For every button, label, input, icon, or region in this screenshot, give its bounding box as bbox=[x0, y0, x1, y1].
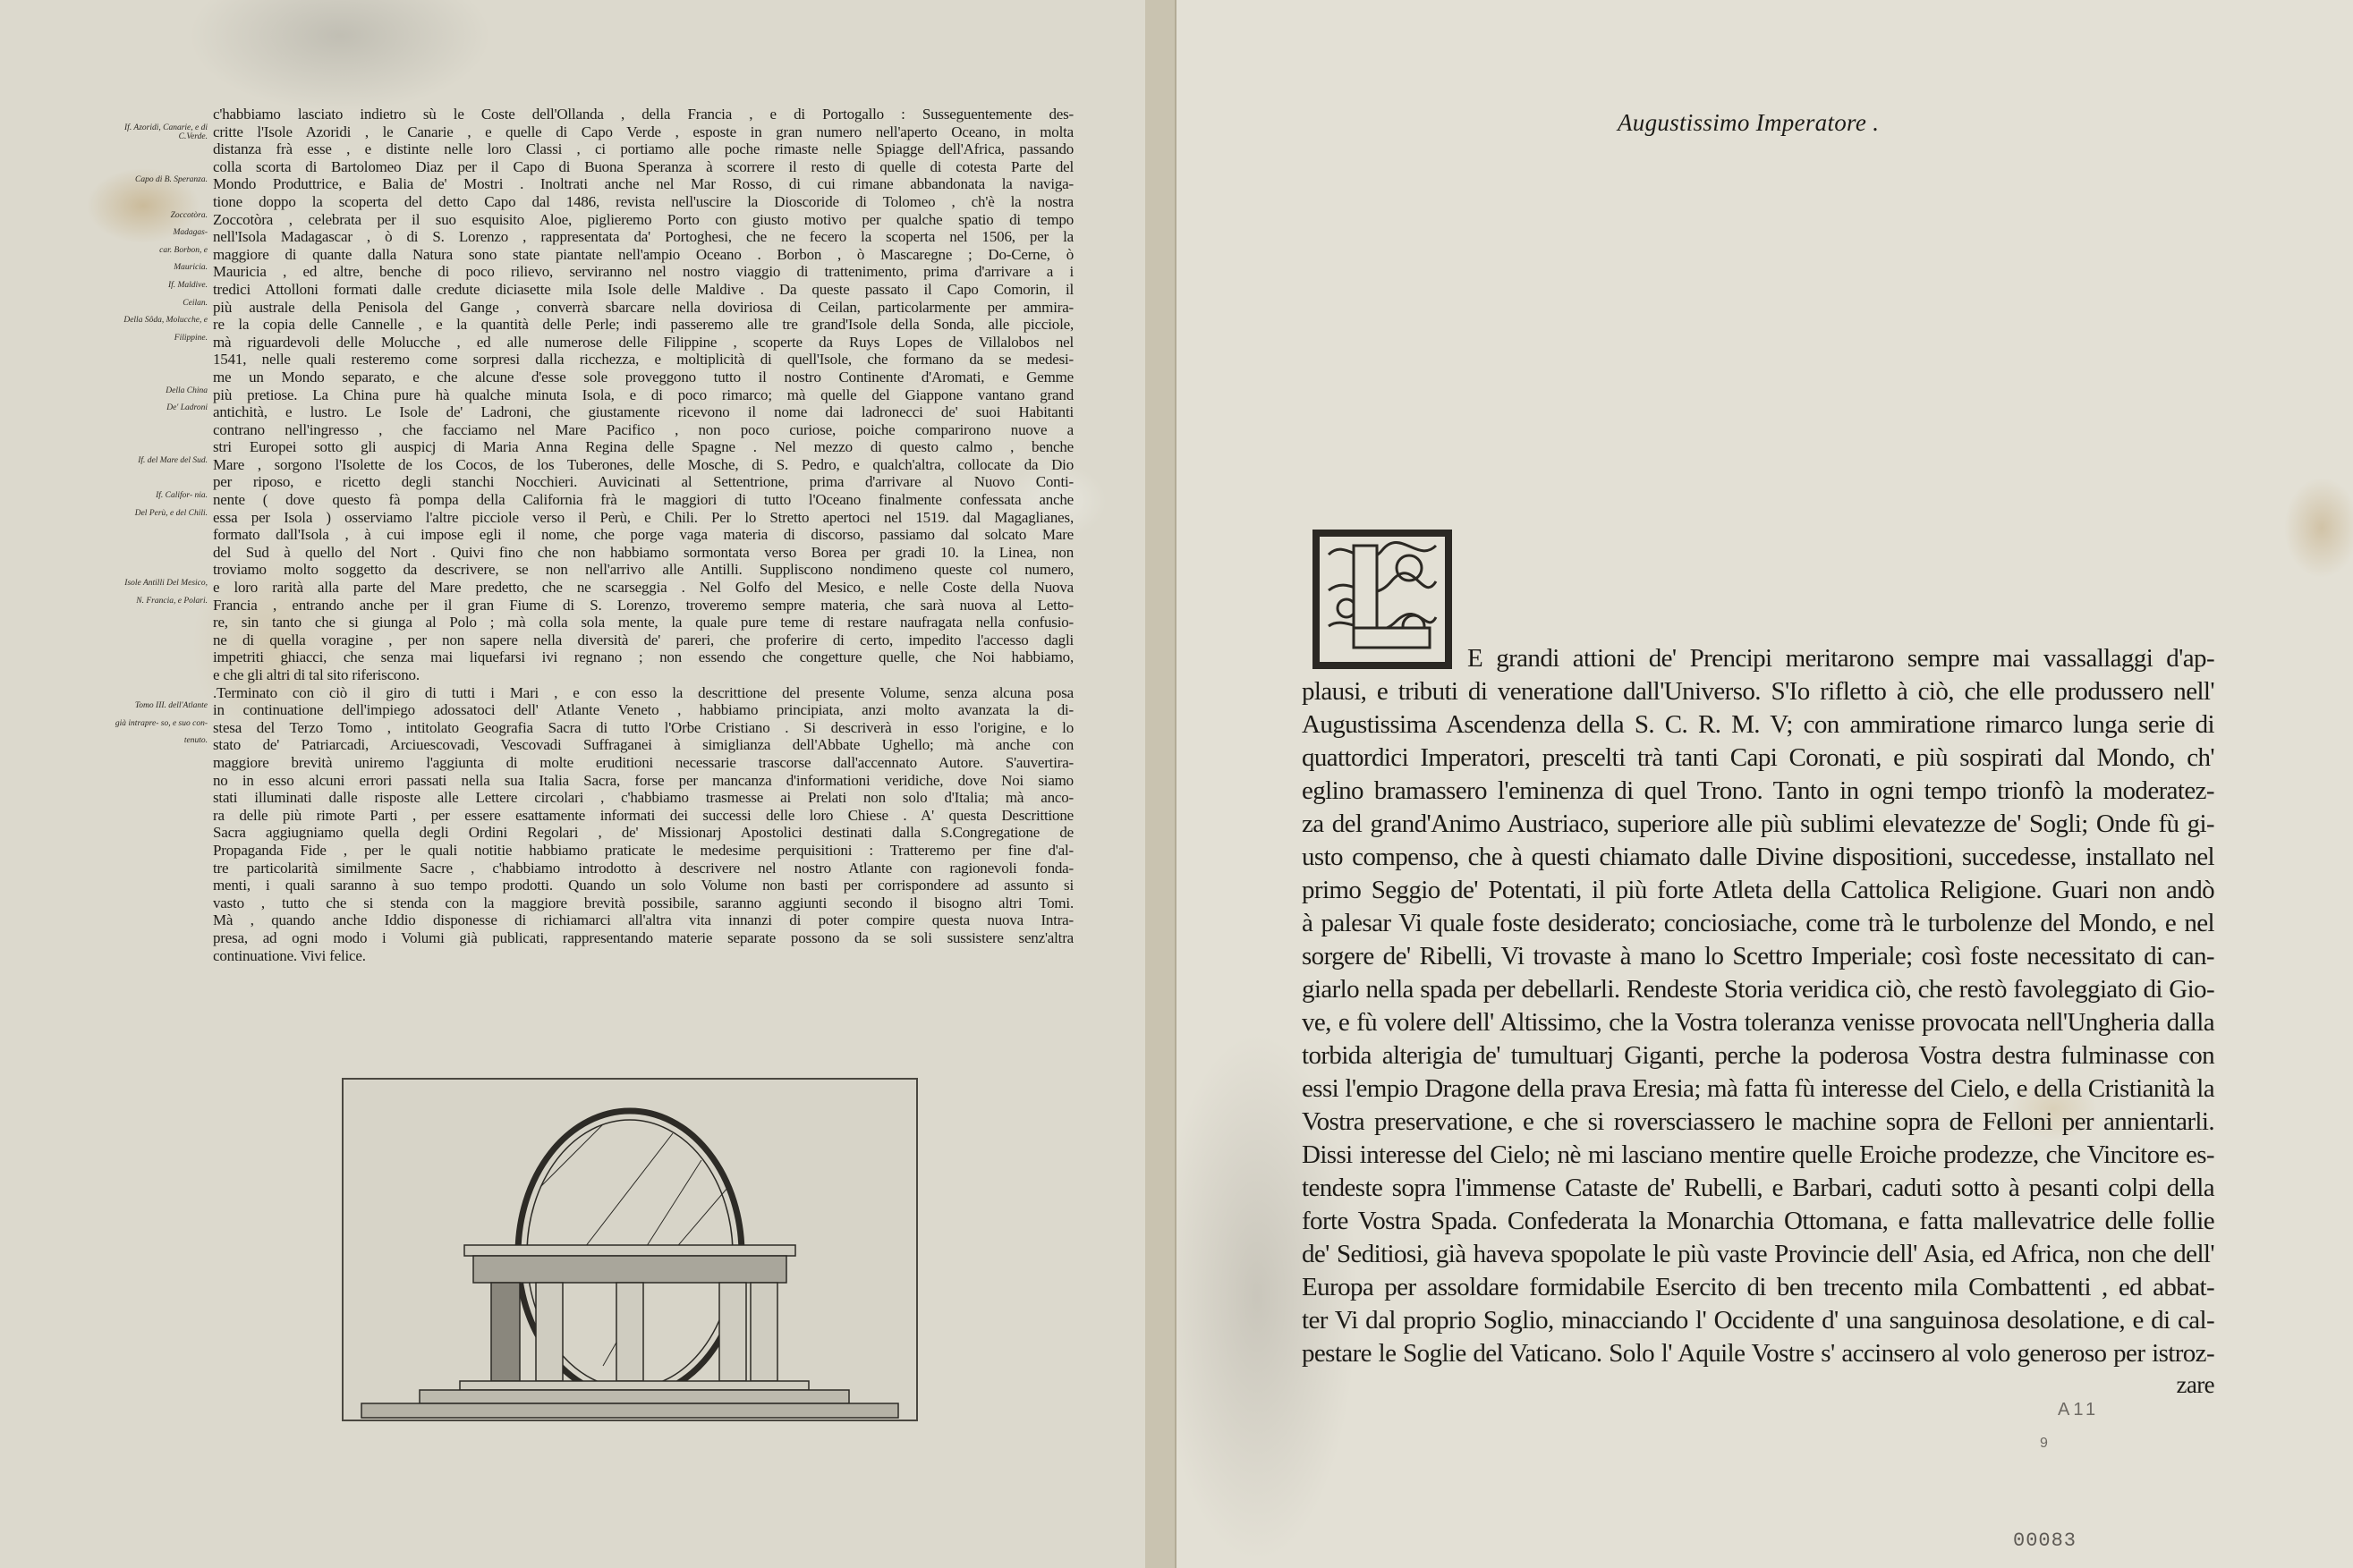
body-text-line: tione doppo la scoperta del detto Capo d… bbox=[213, 193, 1074, 211]
text-line: If. Maldive.tredici Attolloni formati da… bbox=[107, 281, 1074, 299]
text-line: continuatione. Vivi felice. bbox=[107, 947, 1074, 965]
text-line: re, sin tanto che si giunga al Polo ; mà… bbox=[107, 614, 1074, 631]
marginal-note: Zoccotòra. bbox=[107, 211, 208, 221]
body-text-line: quattordici Imperatori, prescelti trà ta… bbox=[1302, 742, 2214, 775]
marginal-note: Capo di B. Speranza. bbox=[107, 175, 208, 185]
text-line: colla scorta di Bartolomeo Diaz per il C… bbox=[107, 158, 1074, 176]
text-line: no in esso alcuni errori passati nella s… bbox=[107, 772, 1074, 790]
body-text-line: tre particolarità similmente Sacre , c'h… bbox=[213, 860, 1074, 877]
body-text-line: stri Europei sotto gli auspicj di Maria … bbox=[213, 438, 1074, 456]
text-line: Della Chinapiù pretiose. La China pure h… bbox=[107, 386, 1074, 404]
body-text-line: Dissi interesse del Cielo; nè mi lascian… bbox=[1302, 1139, 2214, 1172]
text-line: De' Ladroniantichità, e lustro. Le Isole… bbox=[107, 403, 1074, 421]
marginal-note: Isole Antilli Del Mesico, bbox=[107, 579, 208, 589]
body-text-line: Mare , sorgono l'Isolette de los Cocos, … bbox=[213, 456, 1074, 474]
text-line: If. del Mare del Sud.Mare , sorgono l'Is… bbox=[107, 456, 1074, 474]
marginal-note: Mauricia. bbox=[107, 263, 208, 273]
pencil-shelfmark: A11 bbox=[2058, 1400, 2099, 1420]
text-line: car. Borbon, emaggiore di quante dalla N… bbox=[107, 246, 1074, 264]
body-text-line: pestare le Soglie del Vaticano. Solo l' … bbox=[1302, 1337, 2214, 1370]
body-text-line: primo Seggio de' Potentati, il più forte… bbox=[1302, 874, 2214, 907]
body-text-line: distanza frà esse , e distinte nelle lor… bbox=[213, 140, 1074, 158]
body-text-line: del Sud à quello del Nort . Quivi fino c… bbox=[213, 544, 1074, 562]
body-text-line: critte l'Isole Azoridi , le Canarie , e … bbox=[213, 123, 1074, 141]
text-line: c'habbiamo lasciato indietro sù le Coste… bbox=[107, 106, 1074, 123]
text-line: ne di quella voragine , per non sapere n… bbox=[107, 631, 1074, 649]
text-line: formato dall'Isola , à cui impose egli i… bbox=[107, 526, 1074, 544]
text-line: Madagas-nell'Isola Madagascar , ò di S. … bbox=[107, 228, 1074, 246]
body-text-line: à palesar Vi quale foste desiderato; con… bbox=[1302, 907, 2214, 940]
text-line: Capo di B. Speranza.Mondo Produttrice, e… bbox=[107, 175, 1074, 193]
body-text-line: menti, i quali saranno à suo tempo prodo… bbox=[213, 877, 1074, 894]
body-text-line: e loro rarità alla parte del Mare predet… bbox=[213, 579, 1074, 597]
body-text-line: Mondo Produttrice, e Balia de' Mostri . … bbox=[213, 175, 1074, 193]
body-text-line: Vostra preservatione, e che si roverscia… bbox=[1302, 1106, 2214, 1139]
text-line: Sacra aggiugniamo quella degli Ordini Re… bbox=[107, 824, 1074, 842]
book-gutter bbox=[1145, 0, 1176, 1568]
text-line: If. Califor- nia.nente ( dove questo fà … bbox=[107, 491, 1074, 509]
body-text-line: più australe della Penisola del Gange , … bbox=[213, 299, 1074, 317]
body-text-line: stesa del Terzo Tomo , intitolato Geogra… bbox=[213, 719, 1074, 737]
text-line: distanza frà esse , e distinte nelle lor… bbox=[107, 140, 1074, 158]
text-line: N. Francia, e Polari.Francia , entrando … bbox=[107, 597, 1074, 614]
marginal-note: N. Francia, e Polari. bbox=[107, 597, 208, 606]
body-text-line: ra delle più rimote Parti , per essere e… bbox=[213, 807, 1074, 825]
body-text-line: essi l'empio Dragone della prava Eresia;… bbox=[1302, 1072, 2214, 1106]
body-text-line: Propaganda Fide , per le quali notitie h… bbox=[213, 842, 1074, 860]
body-text-line: ne di quella voragine , per non sapere n… bbox=[213, 631, 1074, 649]
body-text-line: mà riguardevoli delle Molucche , ed alle… bbox=[213, 334, 1074, 352]
text-line: per riposo, e ricetto degli stanchi Nocc… bbox=[107, 473, 1074, 491]
body-text-line: de' Seditiosi, già haveva spopolate le p… bbox=[1302, 1238, 2214, 1271]
text-line: Isole Antilli Del Mesico,e loro rarità a… bbox=[107, 579, 1074, 597]
left-page: c'habbiamo lasciato indietro sù le Coste… bbox=[0, 0, 1145, 1568]
text-line: Tomo III. dell'Atlantein continuatione d… bbox=[107, 701, 1074, 719]
body-text-line: nente ( dove questo fà pompa della Calif… bbox=[213, 491, 1074, 509]
body-text-line: plausi, e tributi di veneratione dall'Un… bbox=[1302, 675, 2214, 708]
body-text-line: eglino bramassero l'eminenza di quel Tro… bbox=[1302, 775, 2214, 808]
text-line: stri Europei sotto gli auspicj di Maria … bbox=[107, 438, 1074, 456]
text-line: me un Mondo separato, e che alcune d'ess… bbox=[107, 369, 1074, 386]
marginal-note: If. Azoridi, Canarie, e di C.Verde. bbox=[107, 123, 208, 142]
marginal-note: Del Perù, e del Chili. bbox=[107, 509, 208, 519]
body-text-line: stato de' Patriarcadi, Arciuescovadi, Ve… bbox=[213, 736, 1074, 754]
body-text-line: più pretiose. La China pure hà qualche m… bbox=[213, 386, 1074, 404]
text-line: Della Sôda, Molucche, ere la copia delle… bbox=[107, 316, 1074, 334]
body-text-line: ter Vi dal proprio Soglio, minacciando l… bbox=[1302, 1304, 2214, 1337]
body-text-line: Mauricia , ed altre, benche di poco rili… bbox=[213, 263, 1074, 281]
text-line: tre particolarità similmente Sacre , c'h… bbox=[107, 860, 1074, 877]
body-text-line: per riposo, e ricetto degli stanchi Nocc… bbox=[213, 473, 1074, 491]
marginal-note: tenuto. bbox=[107, 736, 208, 746]
text-line: presa, ad ogni modo i Volumi già publica… bbox=[107, 929, 1074, 947]
text-line: Ceilan.più australe della Penisola del G… bbox=[107, 299, 1074, 317]
body-text-line: c'habbiamo lasciato indietro sù le Coste… bbox=[213, 106, 1074, 123]
text-line: maggiore brevità uniremo l'aggiunta di m… bbox=[107, 754, 1074, 772]
body-text-line: antichità, e lustro. Le Isole de' Ladron… bbox=[213, 403, 1074, 421]
body-text-line: Zoccotòra , celebrata per il suo esquisi… bbox=[213, 211, 1074, 229]
text-line: ra delle più rimote Parti , per essere e… bbox=[107, 807, 1074, 825]
text-line: e che gli altri di tal sito riferiscono. bbox=[107, 666, 1074, 684]
body-text-line: essa per Isola ) osserviamo l'altre picc… bbox=[213, 509, 1074, 527]
pencil-note: 9 bbox=[2040, 1436, 2048, 1452]
body-text-line: stati illuminati dalle risposte alle Let… bbox=[213, 789, 1074, 807]
text-line: tenuto.stato de' Patriarcadi, Arciuescov… bbox=[107, 736, 1074, 754]
body-text-line: za del grand'Animo Austriaco, superiore … bbox=[1302, 808, 2214, 841]
text-line: Propaganda Fide , per le quali notitie h… bbox=[107, 842, 1074, 860]
body-text-line: impetriti ghiacci, che senza mai liquefa… bbox=[213, 648, 1074, 666]
body-text-line: sorgere de' Ribelli, Vi trovaste à mano … bbox=[1302, 940, 2214, 973]
marginal-note: già intrapre- so, e suo con- bbox=[107, 719, 208, 729]
body-text-line: maggiore brevità uniremo l'aggiunta di m… bbox=[213, 754, 1074, 772]
marginal-note: Filippine. bbox=[107, 334, 208, 343]
catchword: zare bbox=[1302, 1369, 2214, 1402]
text-line: Mauricia.Mauricia , ed altre, benche di … bbox=[107, 263, 1074, 281]
left-page-text-block: c'habbiamo lasciato indietro sù le Coste… bbox=[107, 106, 1074, 964]
text-line: .Terminato con ciò il giro di tutti i Ma… bbox=[107, 684, 1074, 702]
body-text-line: tredici Attolloni formati dalle credute … bbox=[213, 281, 1074, 299]
body-text-line: ve, e fù volere dell' Altissimo, che la … bbox=[1302, 1006, 2214, 1039]
body-text-line: usto compenso, che à questi chiamato dal… bbox=[1302, 841, 2214, 874]
text-line: stati illuminati dalle risposte alle Let… bbox=[107, 789, 1074, 807]
marginal-note: Della Sôda, Molucche, e bbox=[107, 316, 208, 326]
body-text-line: re, sin tanto che si giunga al Polo ; mà… bbox=[213, 614, 1074, 631]
text-line: del Sud à quello del Nort . Quivi fino c… bbox=[107, 544, 1074, 562]
engraving-armillary-pavilion bbox=[342, 1078, 918, 1421]
body-text-line: presa, ad ogni modo i Volumi già publica… bbox=[213, 929, 1074, 947]
body-text-line: troviamo molto soggetto da descrivere, s… bbox=[213, 561, 1074, 579]
text-line: impetriti ghiacci, che senza mai liquefa… bbox=[107, 648, 1074, 666]
body-text-line: maggiore di quante dalla Natura sono sta… bbox=[213, 246, 1074, 264]
body-text-line: contrano nell'ingresso , che facciamo ne… bbox=[213, 421, 1074, 439]
marginal-note: Tomo III. dell'Atlante bbox=[107, 701, 208, 711]
body-text-line: e che gli altri di tal sito riferiscono. bbox=[213, 666, 1074, 684]
marginal-note: car. Borbon, e bbox=[107, 246, 208, 256]
text-line: contrano nell'ingresso , che facciamo ne… bbox=[107, 421, 1074, 439]
body-text-line: re la copia delle Cannelle , e la quanti… bbox=[213, 316, 1074, 334]
text-line: troviamo molto soggetto da descrivere, s… bbox=[107, 561, 1074, 579]
marginal-note: If. Califor- nia. bbox=[107, 491, 208, 501]
body-text-line: Europa per assoldare formidabile Esercit… bbox=[1302, 1271, 2214, 1304]
marginal-note: If. Maldive. bbox=[107, 281, 208, 291]
body-text-line: Sacra aggiugniamo quella degli Ordini Re… bbox=[213, 824, 1074, 842]
body-text-line: Francia , entrando anche per il gran Fiu… bbox=[213, 597, 1074, 614]
body-text-line: E grandi attioni de' Prencipi meritarono… bbox=[1302, 642, 2214, 675]
text-line: vasto , tutto che si stenda con la maggi… bbox=[107, 894, 1074, 912]
text-line: tione doppo la scoperta del detto Capo d… bbox=[107, 193, 1074, 211]
text-line: già intrapre- so, e suo con-stesa del Te… bbox=[107, 719, 1074, 737]
body-text-line: no in esso alcuni errori passati nella s… bbox=[213, 772, 1074, 790]
text-line: 1541, nelle quali resteremo come sorpres… bbox=[107, 351, 1074, 369]
body-text-line: forte Vostra Spada. Confederata la Monar… bbox=[1302, 1205, 2214, 1238]
body-text-line: Mà , quando anche Iddio disponesse di ri… bbox=[213, 911, 1074, 929]
text-line: Mà , quando anche Iddio disponesse di ri… bbox=[107, 911, 1074, 929]
body-text-line: Augustissima Ascendenza della S. C. R. M… bbox=[1302, 708, 2214, 742]
body-text-line: in continuatione dell'impiego adossatoci… bbox=[213, 701, 1074, 719]
text-line: Del Perù, e del Chili.essa per Isola ) o… bbox=[107, 509, 1074, 527]
marginal-note: If. del Mare del Sud. bbox=[107, 456, 208, 466]
marginal-note: Ceilan. bbox=[107, 299, 208, 309]
body-text-line: torbida alterigia de' tumultuarj Giganti… bbox=[1302, 1039, 2214, 1072]
inventory-stamp-number: 00083 bbox=[2013, 1530, 2077, 1552]
body-text-line: 1541, nelle quali resteremo come sorpres… bbox=[213, 351, 1074, 369]
body-text-line: continuatione. Vivi felice. bbox=[213, 947, 1074, 965]
text-line: Zoccotòra.Zoccotòra , celebrata per il s… bbox=[107, 211, 1074, 229]
text-line: If. Azoridi, Canarie, e di C.Verde.critt… bbox=[107, 123, 1074, 141]
running-head: Augustissimo Imperatore . bbox=[1618, 109, 1879, 137]
body-text-line: tendeste sopra l'immense Cataste de' Rub… bbox=[1302, 1172, 2214, 1205]
body-text-line: colla scorta di Bartolomeo Diaz per il C… bbox=[213, 158, 1074, 176]
armillary-sphere-pavilion-icon bbox=[344, 1080, 916, 1420]
body-text-line: vasto , tutto che si stenda con la maggi… bbox=[213, 894, 1074, 912]
marginal-note: Della China bbox=[107, 386, 208, 396]
body-text-line: .Terminato con ciò il giro di tutti i Ma… bbox=[213, 684, 1074, 702]
marginal-note: De' Ladroni bbox=[107, 403, 208, 413]
right-page-text-block: E grandi attioni de' Prencipi meritarono… bbox=[1302, 642, 2214, 1370]
body-text-line: formato dall'Isola , à cui impose egli i… bbox=[213, 526, 1074, 544]
text-line: menti, i quali saranno à suo tempo prodo… bbox=[107, 877, 1074, 894]
marginal-note: Madagas- bbox=[107, 228, 208, 238]
body-text-line: giarlo nella spada per debellarli. Rende… bbox=[1302, 973, 2214, 1006]
body-text-line: nell'Isola Madagascar , ò di S. Lorenzo … bbox=[213, 228, 1074, 246]
body-text-line: me un Mondo separato, e che alcune d'ess… bbox=[213, 369, 1074, 386]
text-line: Filippine.mà riguardevoli delle Molucche… bbox=[107, 334, 1074, 352]
